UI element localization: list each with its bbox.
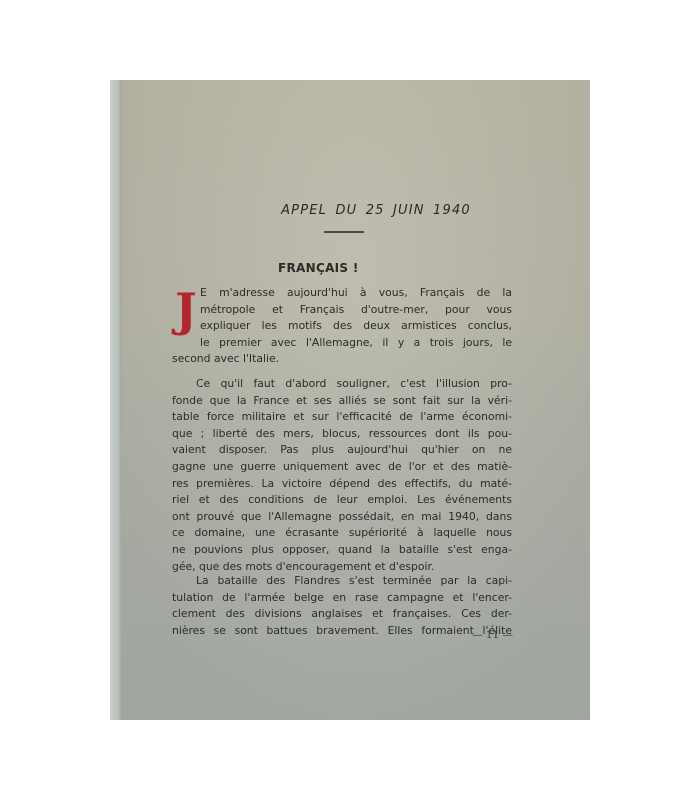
title-divider bbox=[324, 231, 364, 233]
book-page-photo: APPEL DU 25 JUIN 1940 FRANÇAIS ! J E m'a… bbox=[110, 80, 590, 720]
text-line: ce domaine, une écrasante supériorité à … bbox=[172, 525, 512, 542]
text-line: second avec l'Italie. bbox=[172, 351, 512, 368]
text-line: Ce qu'il faut d'abord souligner, c'est l… bbox=[172, 376, 512, 393]
text-line: fonde que la France et ses alliés se son… bbox=[172, 393, 512, 410]
paragraph-1: E m'adresse aujourd'hui à vous, Français… bbox=[172, 285, 512, 368]
text-line: tulation de l'armée belge en rase campag… bbox=[172, 590, 512, 607]
text-line: gagne une guerre uniquement avec de l'or… bbox=[172, 459, 512, 476]
text-line: vaient disposer. Pas plus aujourd'hui qu… bbox=[172, 442, 512, 459]
text-line: ont prouvé que l'Allemagne possédait, en… bbox=[172, 509, 512, 526]
text-line: table force militaire et sur l'efficacit… bbox=[172, 409, 512, 426]
paragraph-2: Ce qu'il faut d'abord souligner, c'est l… bbox=[172, 376, 512, 575]
text-line: le premier avec l'Allemagne, il y a troi… bbox=[172, 335, 512, 352]
paragraph-3: La bataille des Flandres s'est terminée … bbox=[172, 573, 512, 639]
text-line: clement des divisions anglaises et franç… bbox=[172, 606, 512, 623]
text-line: expliquer les motifs des deux armistices… bbox=[172, 318, 512, 335]
text-line: métropole et Français d'outre-mer, pour … bbox=[172, 302, 512, 319]
text-line: que ; liberté des mers, blocus, ressourc… bbox=[172, 426, 512, 443]
page-edge bbox=[110, 80, 122, 720]
text-line: riel et des conditions de leur emploi. L… bbox=[172, 492, 512, 509]
text-line: res premières. La victoire dépend des ef… bbox=[172, 476, 512, 493]
page-number: — 11 — bbox=[472, 629, 513, 641]
salutation: FRANÇAIS ! bbox=[278, 261, 359, 275]
text-line: La bataille des Flandres s'est terminée … bbox=[172, 573, 512, 590]
text-line: E m'adresse aujourd'hui à vous, Français… bbox=[172, 285, 512, 302]
document-title: APPEL DU 25 JUIN 1940 bbox=[261, 203, 491, 218]
page-surface: APPEL DU 25 JUIN 1940 FRANÇAIS ! J E m'a… bbox=[122, 80, 590, 720]
text-line: nières se sont battues bravement. Elles … bbox=[172, 623, 512, 640]
text-line: ne pouvions plus opposer, quand la batai… bbox=[172, 542, 512, 559]
